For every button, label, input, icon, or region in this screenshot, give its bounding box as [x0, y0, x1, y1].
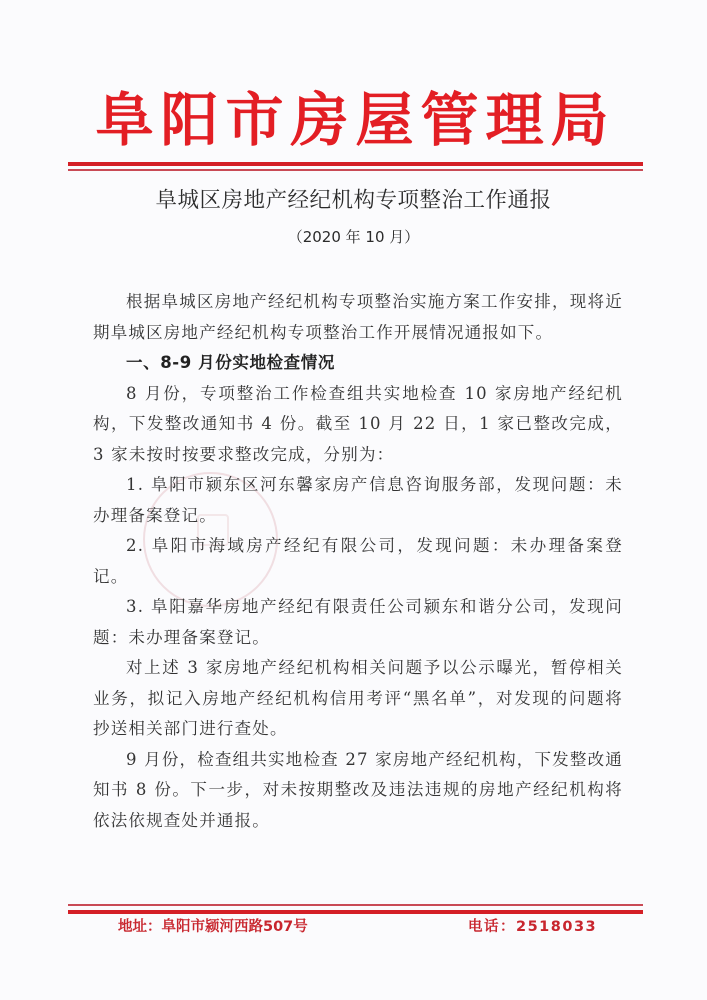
- footer-phone: 电话：2518033: [468, 916, 597, 938]
- september-summary-paragraph: 9 月份，检查组共实地检查 27 家房地产经纪机构，下发整改通知书 8 份。下一…: [93, 745, 623, 837]
- penalty-paragraph: 对上述 3 家房地产经纪机构相关问题予以公示曝光，暂停相关业务，拟记入房地产经纪…: [93, 653, 623, 745]
- list-item-1: 1. 阜阳市颍东区河东馨家房产信息咨询服务部，发现问题：未办理备案登记。: [93, 470, 623, 531]
- document-page: 阜阳市房屋管理局 阜城区房地产经纪机构专项整治工作通报 （2020 年 10 月…: [0, 0, 707, 1000]
- document-body: 根据阜城区房地产经纪机构专项整治实施方案工作安排，现将近期阜城区房地产经纪机构专…: [93, 287, 623, 836]
- footer-address: 地址：阜阳市颍河西路507号: [118, 916, 308, 938]
- document-date: （2020 年 10 月）: [0, 225, 707, 249]
- footer-rule-thin: [68, 904, 643, 906]
- letterhead-org-name: 阜阳市房屋管理局: [68, 84, 643, 156]
- header-rule-thick: [68, 162, 643, 166]
- section-heading: 一、8-9 月份实地检查情况: [93, 348, 623, 379]
- intro-paragraph: 根据阜城区房地产经纪机构专项整治实施方案工作安排，现将近期阜城区房地产经纪机构专…: [93, 287, 623, 348]
- list-item-3: 3. 阜阳嘉华房地产经纪有限责任公司颍东和谐分公司，发现问题：未办理备案登记。: [93, 592, 623, 653]
- august-summary-paragraph: 8 月份，专项整治工作检查组共实地检查 10 家房地产经纪机构，下发整改通知书 …: [93, 379, 623, 471]
- document-title: 阜城区房地产经纪机构专项整治工作通报: [0, 186, 707, 216]
- footer-rule-thick: [68, 910, 643, 914]
- list-item-2: 2. 阜阳市海域房产经纪有限公司，发现问题：未办理备案登记。: [93, 531, 623, 592]
- header-rule-thin: [68, 169, 643, 171]
